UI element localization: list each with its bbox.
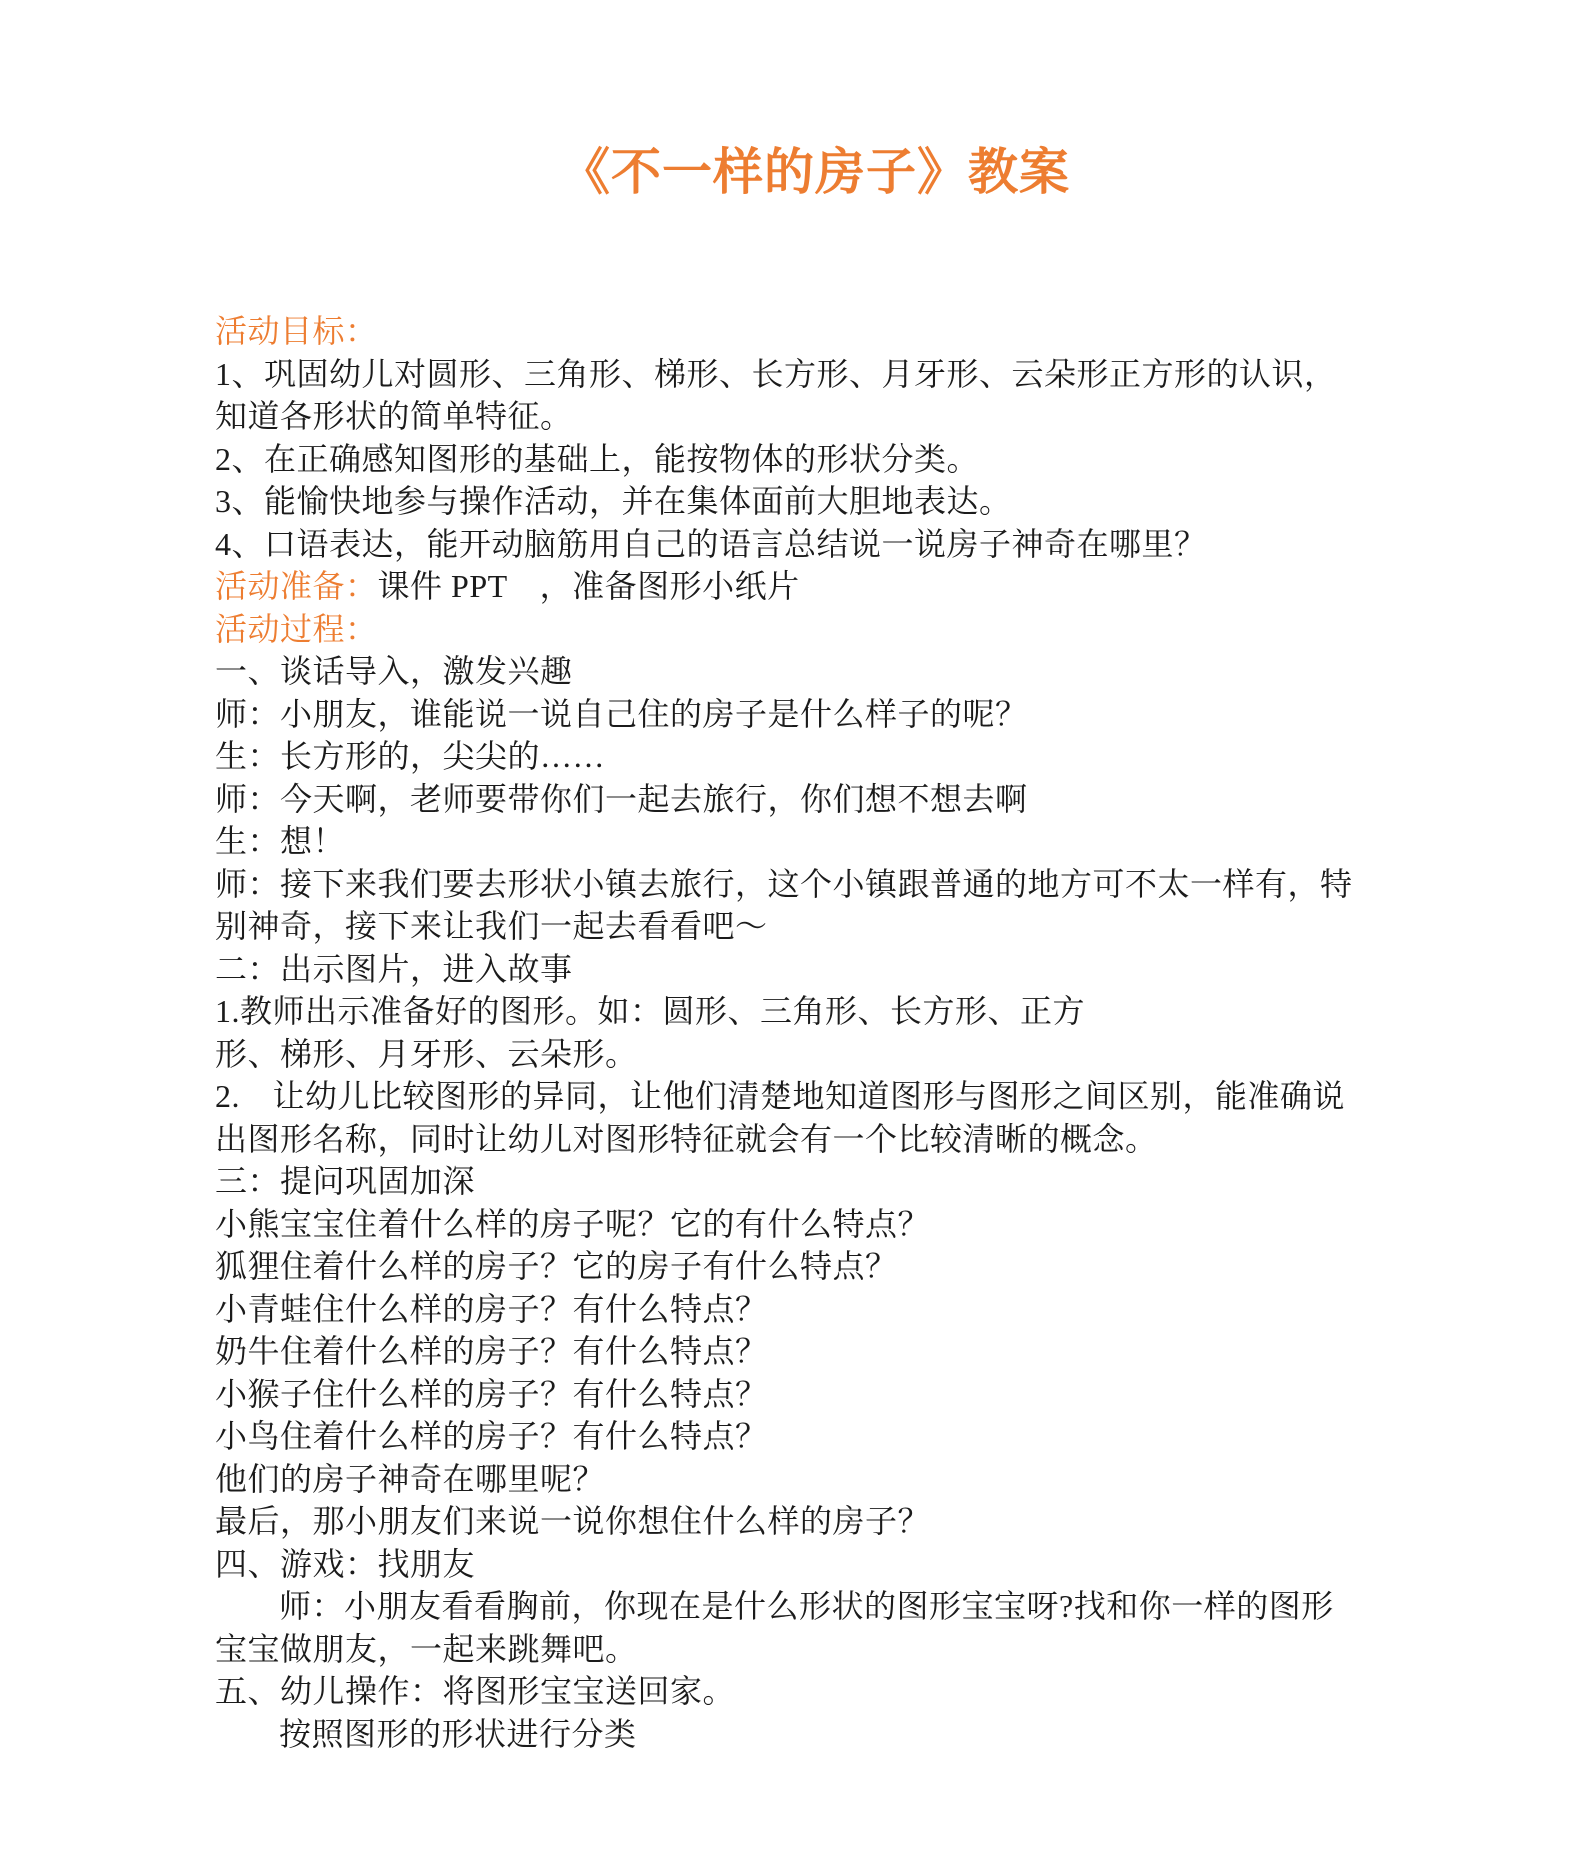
- text-line: 3、能愉快地参与操作活动，并在集体面前大胆地表达。: [215, 480, 1415, 523]
- text-run: 4、口语表达，能开动脑筋用自己的语言总结说一说房子神奇在哪里？: [215, 526, 1207, 562]
- text-line: 师：接下来我们要去形状小镇去旅行，这个小镇跟普通的地方可不太一样有，特: [215, 863, 1415, 906]
- text-run: 他们的房子神奇在哪里呢？: [215, 1461, 605, 1497]
- text-run: 小青蛙住什么样的房子？有什么特点？: [215, 1291, 768, 1327]
- text-run: 宝宝做朋友，一起来跳舞吧。: [215, 1631, 638, 1667]
- text-line: 狐狸住着什么样的房子？它的房子有什么特点？: [215, 1245, 1415, 1288]
- section-heading: 活动目标：: [215, 313, 378, 349]
- section-heading: 活动准备：: [215, 568, 378, 604]
- text-line: 小猴子住什么样的房子？有什么特点？: [215, 1373, 1415, 1416]
- text-line: 2. 让幼儿比较图形的异同，让他们清楚地知道图形与图形之间区别，能准确说: [215, 1075, 1415, 1118]
- text-line: 4、口语表达，能开动脑筋用自己的语言总结说一说房子神奇在哪里？: [215, 523, 1415, 566]
- text-line: 1、巩固幼儿对圆形、三角形、梯形、长方形、月牙形、云朵形正方形的认识，: [215, 353, 1415, 396]
- text-run: 师：接下来我们要去形状小镇去旅行，这个小镇跟普通的地方可不太一样有，特: [215, 866, 1353, 902]
- text-run: 别神奇，接下来让我们一起去看看吧～: [215, 908, 768, 944]
- text-line: 活动准备：课件 PPT ，准备图形小纸片: [215, 565, 1415, 608]
- text-line: 生：长方形的，尖尖的……: [215, 735, 1415, 778]
- text-run: 二：出示图片，进入故事: [215, 951, 573, 987]
- text-line: 师：今天啊，老师要带你们一起去旅行，你们想不想去啊: [215, 778, 1415, 821]
- text-run: 课件 PPT ，准备图形小纸片: [378, 568, 800, 604]
- text-line: 2、在正确感知图形的基础上，能按物体的形状分类。: [215, 438, 1415, 481]
- text-run: 师：小朋友看看胸前，你现在是什么形状的图形宝宝呀?找和你一样的图形: [279, 1588, 1334, 1624]
- text-line: 生：想！: [215, 820, 1415, 863]
- text-line: 师：小朋友看看胸前，你现在是什么形状的图形宝宝呀?找和你一样的图形: [215, 1585, 1415, 1628]
- text-run: 3、能愉快地参与操作活动，并在集体面前大胆地表达。: [215, 483, 1012, 519]
- text-line: 形、梯形、月牙形、云朵形。: [215, 1033, 1415, 1076]
- text-line: 宝宝做朋友，一起来跳舞吧。: [215, 1628, 1415, 1671]
- text-line: 按照图形的形状进行分类: [215, 1713, 1415, 1756]
- text-line: 别神奇，接下来让我们一起去看看吧～: [215, 905, 1415, 948]
- text-run: 师：小朋友，谁能说一说自己住的房子是什么样子的呢？: [215, 696, 1028, 732]
- section-heading: 活动过程：: [215, 611, 378, 647]
- text-run: 最后，那小朋友们来说一说你想住什么样的房子？: [215, 1503, 930, 1539]
- text-run: 五、幼儿操作：将图形宝宝送回家。: [215, 1673, 735, 1709]
- text-line: 四、游戏：找朋友: [215, 1543, 1415, 1586]
- text-line: 小熊宝宝住着什么样的房子呢？它的有什么特点？: [215, 1203, 1415, 1246]
- text-run: 出图形名称，同时让幼儿对图形特征就会有一个比较清晰的概念。: [215, 1121, 1158, 1157]
- text-line: 1.教师出示准备好的图形。如：圆形、三角形、长方形、正方: [215, 990, 1415, 1033]
- text-run: 形、梯形、月牙形、云朵形。: [215, 1036, 638, 1072]
- text-run: 奶牛住着什么样的房子？有什么特点？: [215, 1333, 768, 1369]
- text-run: 三：提问巩固加深: [215, 1163, 475, 1199]
- text-run: 1、巩固幼儿对圆形、三角形、梯形、长方形、月牙形、云朵形正方形的认识，: [215, 356, 1337, 392]
- text-run: 1.教师出示准备好的图形。如：圆形、三角形、长方形、正方: [215, 993, 1085, 1029]
- text-line: 师：小朋友，谁能说一说自己住的房子是什么样子的呢？: [215, 693, 1415, 736]
- text-run: 按照图形的形状进行分类: [279, 1716, 637, 1752]
- text-line: 五、幼儿操作：将图形宝宝送回家。: [215, 1670, 1415, 1713]
- document-body: 活动目标：1、巩固幼儿对圆形、三角形、梯形、长方形、月牙形、云朵形正方形的认识，…: [215, 310, 1415, 1755]
- document-page: 《不一样的房子》教案 活动目标：1、巩固幼儿对圆形、三角形、梯形、长方形、月牙形…: [0, 0, 1587, 1876]
- text-run: 四、游戏：找朋友: [215, 1546, 475, 1582]
- text-line: 最后，那小朋友们来说一说你想住什么样的房子？: [215, 1500, 1415, 1543]
- text-run: 生：想！: [215, 823, 345, 859]
- text-line: 小青蛙住什么样的房子？有什么特点？: [215, 1288, 1415, 1331]
- text-line: 他们的房子神奇在哪里呢？: [215, 1458, 1415, 1501]
- text-line: 活动目标：: [215, 310, 1415, 353]
- text-run: 生：长方形的，尖尖的……: [215, 738, 605, 774]
- text-line: 知道各形状的简单特征。: [215, 395, 1415, 438]
- text-run: 2、在正确感知图形的基础上，能按物体的形状分类。: [215, 441, 979, 477]
- text-line: 二：出示图片，进入故事: [215, 948, 1415, 991]
- text-run: 知道各形状的简单特征。: [215, 398, 573, 434]
- text-line: 奶牛住着什么样的房子？有什么特点？: [215, 1330, 1415, 1373]
- page-title: 《不一样的房子》教案: [215, 140, 1415, 204]
- text-line: 三：提问巩固加深: [215, 1160, 1415, 1203]
- text-run: 小鸟住着什么样的房子？有什么特点？: [215, 1418, 768, 1454]
- text-run: 一、谈话导入，激发兴趣: [215, 653, 573, 689]
- text-run: 小猴子住什么样的房子？有什么特点？: [215, 1376, 768, 1412]
- text-line: 出图形名称，同时让幼儿对图形特征就会有一个比较清晰的概念。: [215, 1118, 1415, 1161]
- text-run: 师：今天啊，老师要带你们一起去旅行，你们想不想去啊: [215, 781, 1028, 817]
- text-line: 小鸟住着什么样的房子？有什么特点？: [215, 1415, 1415, 1458]
- text-run: 2. 让幼儿比较图形的异同，让他们清楚地知道图形与图形之间区别，能准确说: [215, 1078, 1345, 1114]
- text-run: 狐狸住着什么样的房子？它的房子有什么特点？: [215, 1248, 898, 1284]
- text-run: 小熊宝宝住着什么样的房子呢？它的有什么特点？: [215, 1206, 930, 1242]
- text-line: 一、谈话导入，激发兴趣: [215, 650, 1415, 693]
- text-line: 活动过程：: [215, 608, 1415, 651]
